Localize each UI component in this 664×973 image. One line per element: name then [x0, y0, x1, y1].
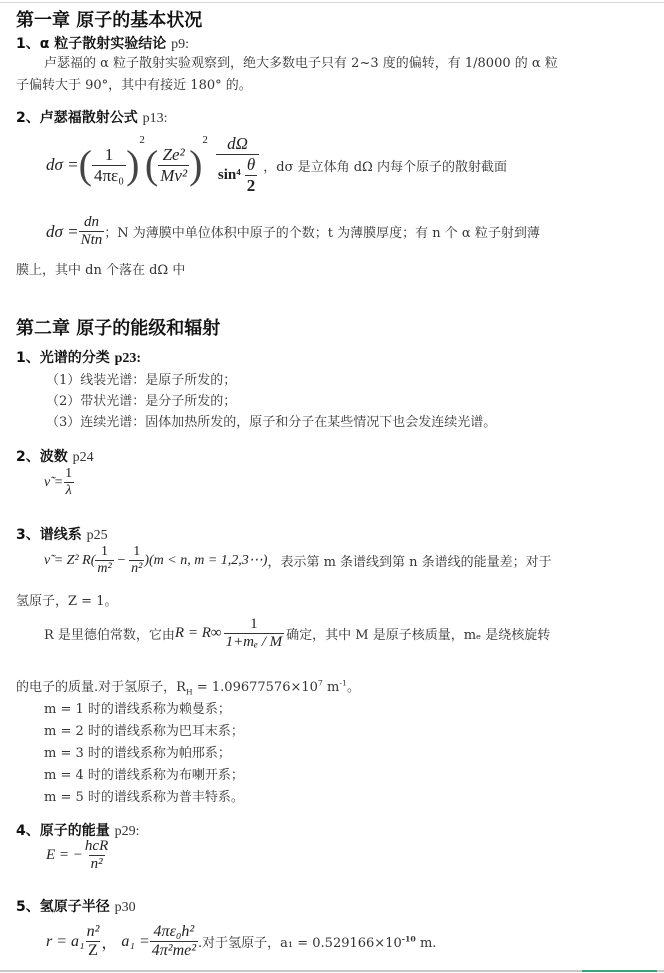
- section-title: 波数: [40, 449, 68, 465]
- page-ref: p13:: [143, 111, 168, 126]
- series-item: m = 2 时的谱线系称为巴耳末系；: [44, 720, 244, 739]
- section-title: 光谱的分类: [40, 350, 110, 366]
- chapter-1-title: 第一章 原子的基本状况: [16, 6, 202, 32]
- page-ref: p25: [87, 528, 108, 543]
- section-number: 2、: [16, 110, 40, 126]
- paragraph-line: 氢原子，Z = 1。: [16, 590, 117, 609]
- list-item: （3）连续光谱：固体加热所发的，原子和分子在某些情况下也会发连续光谱。: [46, 411, 496, 430]
- spectral-series-formula: ν̃ = Z² R( 1m² − 1n² )(m < n, m = 1,2,3⋯…: [44, 544, 552, 577]
- section-title: 谱线系: [40, 527, 82, 543]
- formula-lhs: dσ =: [46, 222, 79, 242]
- page-ref: p24: [73, 450, 94, 465]
- fraction: 11+mₑ / M: [224, 616, 285, 651]
- section-2-4-heading: 4、原子的能量 p29:: [16, 820, 140, 840]
- cross-section-formula: dσ = dnNtn ；N 为薄膜中单位体积中原子的个数；t 为薄膜厚度；有 n…: [46, 214, 540, 249]
- section-1-1-heading: 1、α 粒子散射实验结论 p9:: [16, 33, 189, 53]
- fraction: 1m²: [95, 544, 113, 577]
- fraction: n²Z: [85, 923, 102, 960]
- wavenumber-formula: ν̃ = 1λ: [44, 466, 74, 499]
- section-number: 2、: [16, 449, 40, 465]
- section-title: 氢原子半径: [40, 899, 110, 915]
- formula-description: ，表示第 m 条谱线到第 n 条谱线的能量差；对于: [267, 551, 551, 570]
- rydberg-definition: R 是里德伯常数，它由 R = R∞ 11+mₑ / M 确定，其中 M 是原子…: [44, 616, 550, 651]
- section-number: 1、: [16, 36, 40, 52]
- page-ref: p29:: [115, 824, 140, 839]
- section-2-3-heading: 3、谱线系 p25: [16, 524, 108, 544]
- section-1-2-heading: 2、卢瑟福散射公式 p13:: [16, 107, 168, 127]
- section-title: 原子的能量: [40, 823, 110, 839]
- paragraph-line: 子偏转大于 90°，其中有接近 180° 的。: [16, 74, 252, 93]
- bottom-border: [0, 970, 664, 972]
- section-title: α 粒子散射实验结论: [40, 36, 167, 52]
- fraction: dnNtn: [79, 214, 105, 249]
- hydrogen-radius-formula: r = a₁ n²Z ， a₁ = 4πε₀h²4π²me² .对于氢原子，a₁…: [46, 923, 436, 960]
- list-item: （1）线装光谱：是原子所发的；: [46, 369, 236, 388]
- section-2-5-heading: 5、氢原子半径 p30: [16, 896, 136, 916]
- top-border: [0, 2, 664, 3]
- series-item: m = 4 时的谱线系称为布喇开系；: [44, 764, 244, 783]
- paragraph-line: 膜上，其中 dn 个落在 dΩ 中: [16, 259, 185, 278]
- section-number: 4、: [16, 823, 40, 839]
- series-item: m = 3 时的谱线系称为帕邢系；: [44, 742, 231, 761]
- fraction: 4πε₀h²4π²me²: [150, 923, 198, 960]
- page-ref: p30: [115, 900, 136, 915]
- fraction: 1n²: [129, 544, 144, 577]
- section-2-2-heading: 2、波数 p24: [16, 446, 94, 466]
- formula-description: ，dσ 是立体角 dΩ 内每个原子的散射截面: [263, 156, 507, 175]
- rydberg-value-line: 的电子的质量.对于氢原子，RH = 1.09677576×107 m-1。: [16, 676, 360, 697]
- fraction: 14πε₀: [92, 145, 126, 186]
- page-ref: p9:: [171, 37, 189, 52]
- section-number: 1、: [16, 350, 40, 366]
- series-item: m = 1 时的谱线系称为赖曼系；: [44, 698, 231, 717]
- fraction: dΩ sin⁴ θ2: [216, 134, 259, 196]
- series-item: m = 5 时的谱线系称为普丰特系。: [44, 786, 244, 805]
- scroll-progress-indicator: [582, 970, 657, 972]
- page-ref: p23:: [115, 351, 141, 366]
- fraction: hcRn²: [83, 838, 110, 873]
- fraction: Ze²Mv²: [158, 145, 189, 186]
- section-title: 卢瑟福散射公式: [40, 110, 138, 126]
- formula-description: .对于氢原子，a₁ = 0.529166×10-10 m.: [198, 932, 436, 951]
- paragraph-line: 卢瑟福的 α 粒子散射实验观察到，绝大多数电子只有 2~3 度的偏转，有 1/8…: [44, 52, 558, 71]
- section-number: 5、: [16, 899, 40, 915]
- fraction: 1λ: [63, 466, 74, 499]
- section-2-1-heading: 1、光谱的分类 p23:: [16, 347, 141, 367]
- chapter-2-title: 第二章 原子的能级和辐射: [16, 314, 220, 340]
- section-number: 3、: [16, 527, 40, 543]
- energy-formula: E = − hcRn²: [46, 838, 110, 873]
- rutherford-formula: dσ = ( 14πε₀ )2 ( Ze²Mv² )2 dΩ sin⁴ θ2 ，…: [46, 134, 507, 196]
- formula-lhs: dσ =: [46, 155, 79, 175]
- list-item: （2）带状光谱：是分子所发的；: [46, 390, 236, 409]
- formula-description: ；N 为薄膜中单位体积中原子的个数；t 为薄膜厚度；有 n 个 α 粒子射到薄: [104, 222, 540, 241]
